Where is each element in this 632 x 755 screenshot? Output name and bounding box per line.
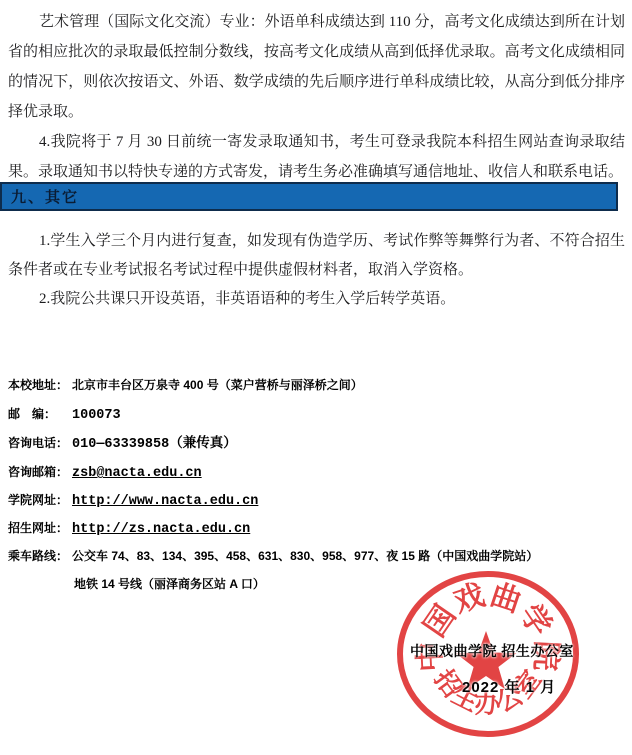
contact-row-transit-2: 地铁 14 号线（丽泽商务区站 A 口） [74,575,265,593]
contact-row-phone: 咨询电话：010—63339858（兼传真） [8,434,237,454]
contact-value-postcode: 100073 [72,408,121,423]
official-seal: 中国戏曲学院 招生办公室 中国戏曲学院 招生办公室 2022 年 1 月 [394,568,582,746]
contact-row-transit: 乘车路线：公交车 74、83、134、395、458、631、830、958、9… [8,547,538,565]
contact-value-transit-subway: 地铁 14 号线（丽泽商务区站 A 口） [74,577,265,591]
contact-row-postcode: 邮 编：100073 [8,405,121,425]
contact-label-website: 学院网址： [8,491,68,509]
para-mailing-notice: 4.我院将于 7 月 30 日前统一寄发录取通知书，考生可登录我院本科招生网站查… [8,127,625,187]
contact-label-address: 本校地址： [8,376,68,394]
contact-label-phone: 咨询电话： [8,434,68,452]
item-english-course: 2.我院公共课只开设英语，非英语语种的考生入学后转学英语。 [8,285,625,314]
contact-value-admissions-site[interactable]: http://zs.nacta.edu.cn [72,522,250,537]
section-bar-other: 九、其它 [0,182,618,211]
contact-value-address: 北京市丰台区万泉寺 400 号（菜户营桥与丽泽桥之间） [72,378,363,392]
seal-overlay-date-line: 2022 年 1 月 [462,676,556,697]
item-reexamination: 1.学生入学三个月内进行复查，如发现有伪造学历、考试作弊等舞弊行为者、不符合招生… [8,227,625,285]
contact-row-admissions-site: 招生网址：http://zs.nacta.edu.cn [8,519,250,539]
contact-label-email: 咨询邮箱： [8,463,68,481]
contact-value-transit-bus: 公交车 74、83、134、395、458、631、830、958、977、夜 … [72,549,538,563]
contact-row-address: 本校地址：北京市丰台区万泉寺 400 号（菜户营桥与丽泽桥之间） [8,376,363,394]
contact-row-email: 咨询邮箱：zsb@nacta.edu.cn [8,463,202,483]
contact-value-email[interactable]: zsb@nacta.edu.cn [72,466,202,481]
seal-overlay-office-line: 中国戏曲学院 招生办公室 [410,641,574,661]
admission-notice-page: 艺术管理（国际文化交流）专业：外语单科成绩达到 110 分，高考文化成绩达到所在… [0,0,632,755]
contact-row-website: 学院网址：http://www.nacta.edu.cn [8,491,258,511]
section-title: 九、其它 [2,186,79,207]
section-items: 1.学生入学三个月内进行复查，如发现有伪造学历、考试作弊等舞弊行为者、不符合招生… [8,227,625,314]
contact-value-website[interactable]: http://www.nacta.edu.cn [72,494,258,509]
contact-label-transit: 乘车路线： [8,547,68,565]
contact-label-admissions-site: 招生网址： [8,519,68,537]
contact-label-postcode: 邮 编： [8,405,68,423]
contact-value-phone: 010—63339858（兼传真） [72,437,237,452]
notice-body: 艺术管理（国际文化交流）专业：外语单科成绩达到 110 分，高考文化成绩达到所在… [8,7,625,187]
para-art-management-policy: 艺术管理（国际文化交流）专业：外语单科成绩达到 110 分，高考文化成绩达到所在… [8,7,625,127]
